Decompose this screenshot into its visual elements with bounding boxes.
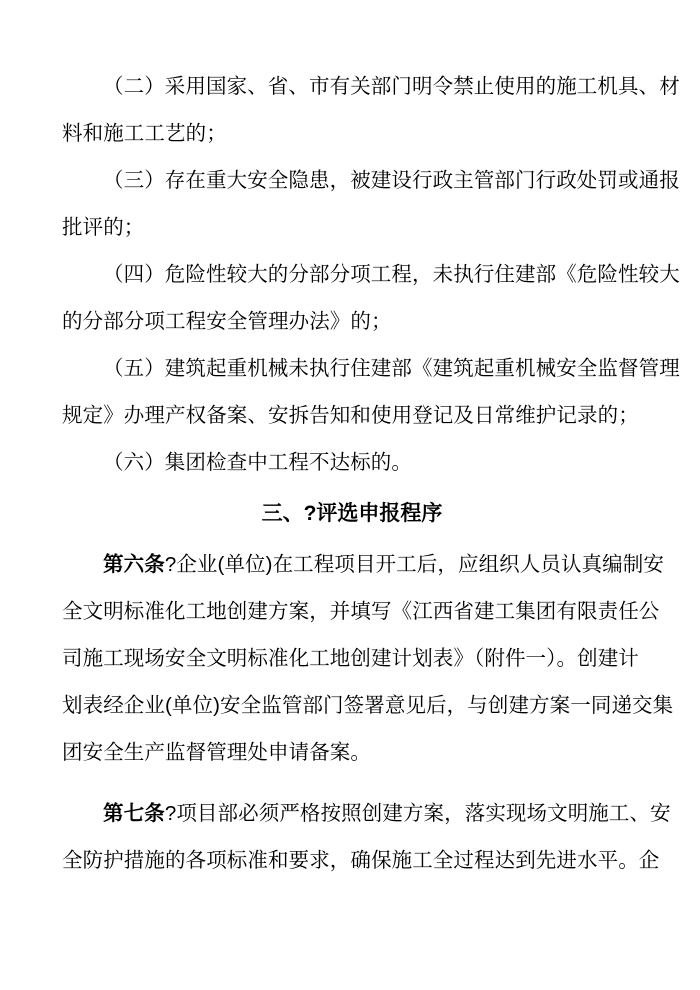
document-line: （二）采用国家、省、市有关部门明令禁止使用的施工机具、材 xyxy=(62,63,642,110)
section-heading: 三、?评选申报程序 xyxy=(62,490,642,537)
article-number-seven: 第七条 xyxy=(103,802,165,825)
article-text: ?项目部必须严格按照创建方案，落实现场文明施工、安 xyxy=(165,802,671,825)
article-text: ?企业(单位)在工程项目开工后，应组织人员认真编制安 xyxy=(165,553,664,576)
document-line: 规定》办理产权备案、安拆告知和使用登记及日常维护记录的； xyxy=(62,392,642,439)
document-line: （三）存在重大安全隐患，被建设行政主管部门行政处罚或通报 xyxy=(62,157,642,204)
document-line: 全文明标准化工地创建方案，并填写《江西省建工集团有限责任公 xyxy=(62,588,642,635)
document-line: 团安全生产监督管理处申请备案。 xyxy=(62,729,642,776)
document-line: 全防护措施的各项标准和要求，确保施工全过程达到先进水平。企 xyxy=(62,837,642,884)
document-line: （五）建筑起重机械未执行住建部《建筑起重机械安全监督管理 xyxy=(62,345,642,392)
article-number-six: 第六条 xyxy=(103,553,165,576)
document-line: 司施工现场安全文明标准化工地创建计划表》（附件一）。创建计 xyxy=(62,635,642,682)
document-line: 第七条?项目部必须严格按照创建方案，落实现场文明施工、安 xyxy=(62,790,642,837)
document-line: 的分部分项工程安全管理办法》的； xyxy=(62,298,642,345)
document-line: （四）危险性较大的分部分项工程，未执行住建部《危险性较大 xyxy=(62,251,642,298)
document-line: 批评的； xyxy=(62,204,642,251)
document-line: 料和施工工艺的； xyxy=(62,110,642,157)
document-line: 划表经企业(单位)安全监管部门签署意见后，与创建方案一同递交集 xyxy=(62,682,642,729)
document-page: （二）采用国家、省、市有关部门明令禁止使用的施工机具、材 料和施工工艺的； （三… xyxy=(0,0,700,990)
document-line: （六）集团检查中工程不达标的。 xyxy=(62,439,642,486)
document-line: 第六条?企业(单位)在工程项目开工后，应组织人员认真编制安 xyxy=(62,541,642,588)
